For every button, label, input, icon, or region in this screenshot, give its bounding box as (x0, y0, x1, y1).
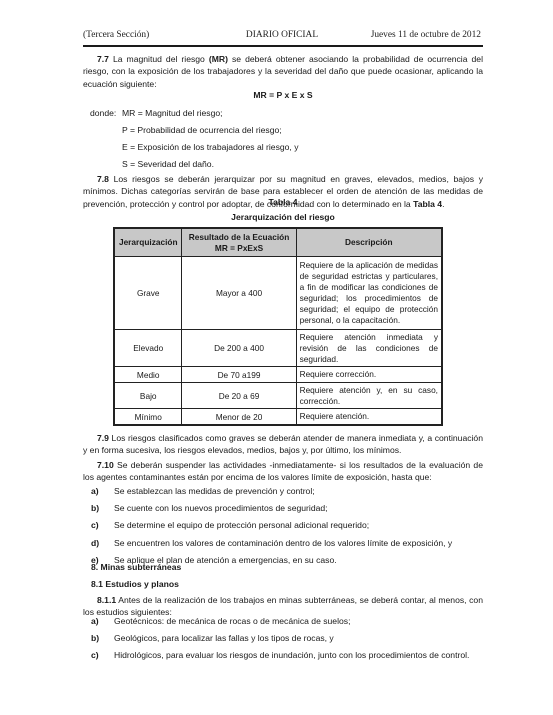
definition-s: S = Severidad del daño. (122, 158, 214, 170)
table-row: MedioDe 70 a199Requiere corrección. (114, 367, 442, 383)
risk-range-cell: Mayor a 400 (182, 257, 296, 330)
header-rule (83, 45, 483, 47)
list-item-label: c) (91, 519, 99, 531)
risk-level-cell: Bajo (114, 383, 182, 409)
column-header: Descripción (296, 228, 442, 257)
risk-description-cell: Requiere atención. (296, 409, 442, 426)
column-header-label: Resultado de la EcuaciónMR = PxExS (189, 232, 290, 253)
column-header: Jerarquización (114, 228, 182, 257)
risk-level-cell: Elevado (114, 330, 182, 367)
list-item-text: Geológicos, para localizar las fallas y … (114, 632, 334, 644)
list-item-label: b) (91, 502, 99, 514)
risk-range-cell: Menor de 20 (182, 409, 296, 426)
list-item-text: Se encuentren los valores de contaminaci… (114, 537, 452, 549)
column-header: Resultado de la EcuaciónMR = PxExS (182, 228, 296, 257)
paragraph-7-7: 7.7 La magnitud del riesgo (MR) se deber… (83, 53, 483, 90)
document-page: (Tercera Sección) DIARIO OFICIAL Jueves … (0, 0, 553, 715)
section-heading-8-1: 8.1 Estudios y planos (91, 578, 491, 590)
section-number: 7.10 (97, 460, 114, 470)
list-item-text: Se determine el equipo de protección per… (114, 519, 369, 531)
list-item-text: Geotécnicos: de mecánica de rocas o de m… (114, 615, 350, 627)
definition-e: E = Exposición de los trabajadores al ri… (122, 141, 299, 153)
definition-p: P = Probabilidad de ocurrencia del riesg… (122, 124, 282, 136)
risk-range-cell: De 20 a 69 (182, 383, 296, 409)
section-number: 7.8 (97, 174, 109, 184)
list-item-label: c) (91, 649, 99, 661)
table-row: GraveMayor a 400Requiere de la aplicació… (114, 257, 442, 330)
list-item-label: d) (91, 537, 99, 549)
risk-hierarchy-table: Jerarquización Resultado de la EcuaciónM… (113, 227, 443, 426)
table-header-row: Jerarquización Resultado de la EcuaciónM… (114, 228, 442, 257)
list-item-label: b) (91, 632, 99, 644)
page-header: (Tercera Sección) DIARIO OFICIAL Jueves … (83, 30, 481, 44)
table-row: MínimoMenor de 20Requiere atención. (114, 409, 442, 426)
risk-description-cell: Requiere de la aplicación de medidas de … (296, 257, 442, 330)
paragraph-7-9: 7.9 Los riesgos clasificados como graves… (83, 432, 483, 457)
risk-level-cell: Medio (114, 367, 182, 383)
paragraph-7-10: 7.10 Se deberán suspender las actividade… (83, 459, 483, 484)
section-number: 7.9 (97, 433, 109, 443)
definition-mr: MR = Magnitud del riesgo; (122, 107, 223, 119)
table-label: Tabla 4 (83, 196, 483, 208)
donde-label: donde: (90, 107, 116, 119)
section-heading-8: 8. Minas subterráneas (91, 561, 491, 573)
risk-range-cell: De 70 a199 (182, 367, 296, 383)
section-number: 7.7 (97, 54, 109, 64)
risk-description-cell: Requiere corrección. (296, 367, 442, 383)
list-item-text: Se establezcan las medidas de prevención… (114, 485, 315, 497)
risk-description-cell: Requiere atención y, en su caso, correcc… (296, 383, 442, 409)
table-title: Jerarquización del riesgo (83, 211, 483, 223)
risk-level-cell: Grave (114, 257, 182, 330)
list-item-text: Hidrológicos, para evaluar los riesgos d… (114, 649, 469, 661)
list-item-label: a) (91, 615, 99, 627)
header-date: Jueves 11 de octubre de 2012 (371, 30, 481, 40)
list-item-text: Se cuente con los nuevos procedimientos … (114, 502, 328, 514)
risk-level-cell: Mínimo (114, 409, 182, 426)
list-item-label: a) (91, 485, 99, 497)
section-number: 8.1.1 (97, 595, 116, 605)
table-row: ElevadoDe 200 a 400Requiere atención inm… (114, 330, 442, 367)
risk-range-cell: De 200 a 400 (182, 330, 296, 367)
risk-description-cell: Requiere atención inmediata y revisión d… (296, 330, 442, 367)
table-row: BajoDe 20 a 69Requiere atención y, en su… (114, 383, 442, 409)
equation: MR = P x E x S (83, 89, 483, 101)
